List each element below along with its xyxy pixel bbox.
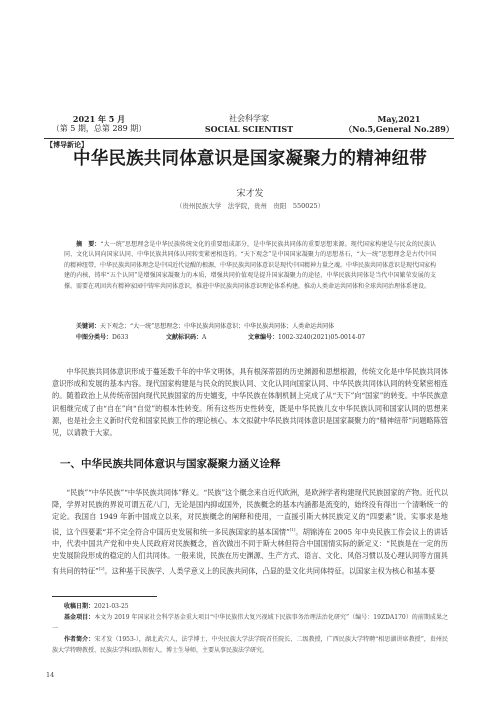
page-number: 14 [46, 671, 54, 679]
article-title: 中华民族共同体意识是国家凝聚力的精神纽带 [40, 145, 460, 170]
intro-paragraph: 中华民族共同体意识形成于蔓延数千年的中华文明体，具有根深蒂固的历史渊源和思想根源… [52, 366, 448, 439]
journal-name-en: SOCIAL SCIENTIST [194, 124, 304, 134]
abstract-label: 摘 要： [76, 241, 100, 248]
classification-line: 中图分类号：D633文献标识码：A文章编号：1002-3240(2021)05-… [76, 332, 436, 341]
author-bio-label: 作者简介： [64, 636, 94, 643]
section1-body: “民族”“中华民族”“中华民族共同体”释义。“民族”这个概念来自近代欧洲，是欧洲… [52, 487, 448, 577]
intro-section: 中华民族共同体意识形成于蔓延数千年的中华文明体，具有根深蒂固的历史渊源和思想根源… [52, 366, 448, 439]
journal-page: 2021 年 5 月 （第 5 期，总第 289 期） 社会科学家 SOCIAL… [0, 0, 500, 707]
author-bio-value: 宋才发（1953-），湖北武穴人，法学博士，中央民族大学法学院首任院长、二级教授… [52, 636, 448, 654]
section1-paragraph: “民族”“中华民族”“中华民族共同体”释义。“民族”这个概念来自近代欧洲，是欧洲… [52, 487, 448, 577]
clc-value: D633 [112, 334, 128, 341]
section-heading: 一、中华民族共同体意识与国家凝聚力涵义诠释 [60, 456, 281, 471]
header-journal: 社会科学家 SOCIAL SCIENTIST [194, 114, 304, 134]
author-bio: 作者简介：宋才发（1953-），湖北武穴人，法学博士，中央民族大学法学院首任院长… [52, 634, 448, 656]
header-issue-en: （No.5,General No.289） [344, 124, 454, 134]
article-no-value: 1002-3240(2021)05-0014-07 [278, 334, 365, 341]
journal-name-cn: 社会科学家 [194, 114, 304, 124]
fund-label: 基金项目： [64, 614, 94, 621]
header-date-issue: 2021 年 5 月 （第 5 期，总第 289 期） [44, 114, 154, 134]
header-divider [44, 138, 454, 139]
keywords: 关键词：天下观念；“大一统”思想理念；中华民族共同体意识；中华民族共同体；人类命… [76, 321, 436, 330]
keywords-text: 天下观念；“大一统”思想理念；中华民族共同体意识；中华民族共同体；人类命运共同体 [100, 323, 334, 330]
header-issue: （第 5 期，总第 289 期） [44, 124, 154, 134]
author-name: 宋才发 [0, 186, 500, 199]
clc-label: 中图分类号： [76, 334, 112, 341]
section1-text-c: 。这种基于民族学、人类学意义上的民族共同体，凸显的是文化共同体特征。以国家主权为… [104, 566, 435, 575]
fund-value: 本文为 2019 年国家社会科学基金重大项目“中华民族伟大复兴视域下民族事务治理… [52, 614, 448, 632]
header-date-en: May,2021 [344, 114, 454, 124]
received-label: 收稿日期： [64, 603, 94, 610]
doc-code-value: A [202, 334, 206, 341]
header-date-issue-en: May,2021 （No.5,General No.289） [344, 114, 454, 134]
abstract: 摘 要：“大一统”思想理念是中华民族传统文化的重要组成部分，是中华民族共同体的重… [64, 240, 436, 292]
abstract-text: “大一统”思想理念是中华民族传统文化的重要组成部分，是中华民族共同体的重要思想来… [64, 241, 436, 290]
fund-info: 基金项目：本文为 2019 年国家社会科学基金重大项目“中华民族伟大复兴视域下民… [52, 612, 448, 634]
received-date: 收稿日期：2021-03-25 [52, 601, 448, 612]
header-date: 2021 年 5 月 [44, 114, 154, 124]
author-affiliation: （贵州民族大学 法学院，贵州 贵阳 550025） [0, 201, 500, 210]
footnote-divider [52, 596, 157, 597]
footnotes: 收稿日期：2021-03-25 基金项目：本文为 2019 年国家社会科学基金重… [52, 601, 448, 656]
article-no-label: 文章编号： [248, 334, 278, 341]
keywords-label: 关键词： [76, 323, 100, 330]
doc-code-label: 文献标识码： [166, 334, 202, 341]
received-value: 2021-03-25 [94, 603, 129, 610]
